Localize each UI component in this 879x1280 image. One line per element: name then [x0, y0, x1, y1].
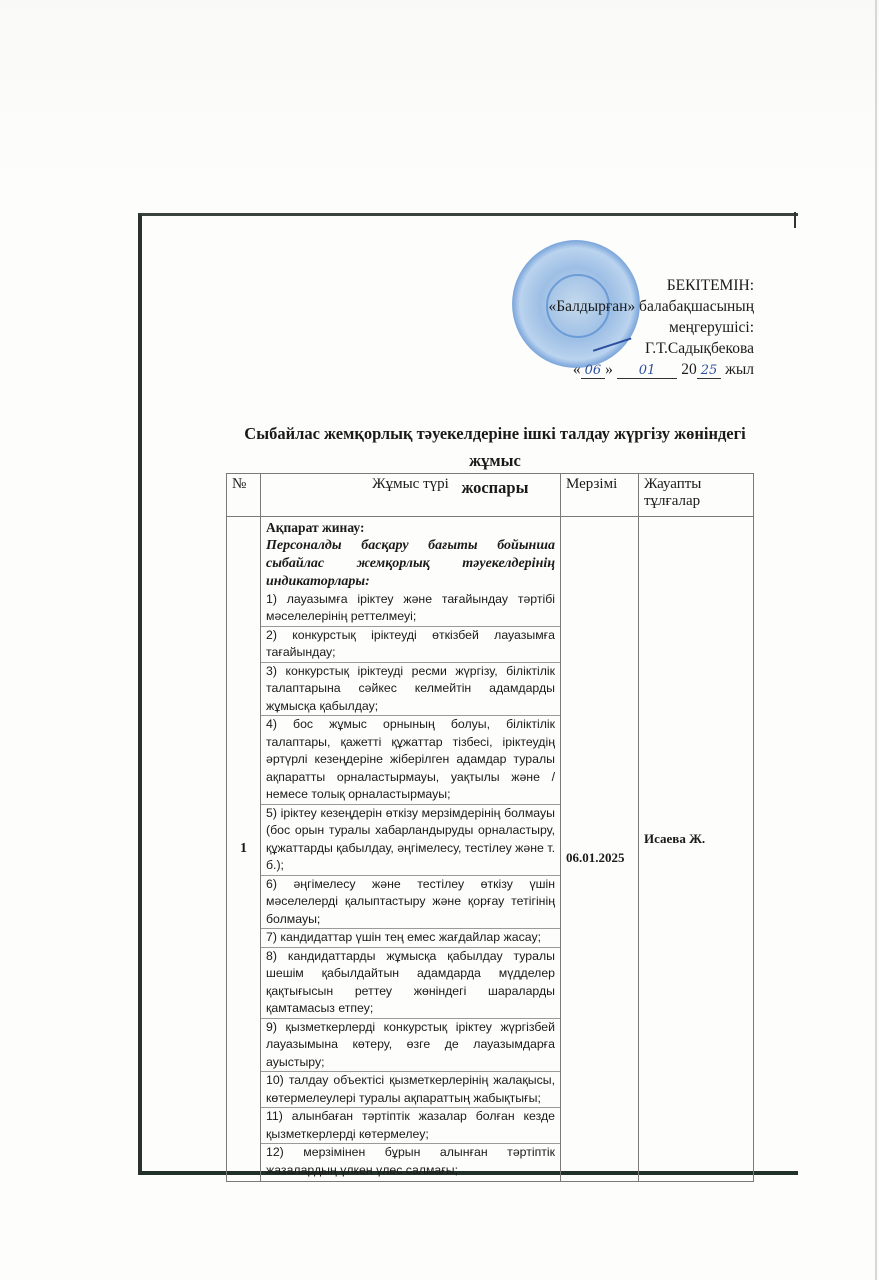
- frame-corner-mark: [794, 212, 796, 228]
- approval-date-year-suffix: 25: [697, 363, 722, 379]
- indicator-item: 10) талдау объектісі қызметкерлерінің жа…: [261, 1071, 560, 1107]
- row-number: 1: [227, 517, 261, 1182]
- work-heading: Ақпарат жинау:: [266, 519, 555, 537]
- work-subheading: Персоналды басқару бағыты бойынша сыбайл…: [266, 537, 555, 591]
- work-plan-table: № Жұмыс түрі Мерзімі Жауапты тұлғалар 1А…: [226, 473, 754, 1182]
- indicator-item: 3) конкурстық іріктеуді ресми жүргізу, б…: [261, 662, 560, 716]
- header-number: №: [227, 474, 261, 517]
- page-background: [0, 0, 879, 190]
- indicator-item: 9) қызметкерлерді конкурстық іріктеу жүр…: [261, 1018, 560, 1072]
- approval-date-month: 01: [617, 363, 678, 379]
- approval-organization: «Балдырған» балабақшасының: [548, 296, 754, 317]
- table-header-row: № Жұмыс түрі Мерзімі Жауапты тұлғалар: [227, 474, 754, 517]
- row-responsible: Исаева Ж.: [639, 517, 754, 1182]
- approval-position: меңгерушісі:: [548, 317, 754, 338]
- table-row: 1Ақпарат жинау:Персоналды басқару бағыты…: [227, 517, 754, 1182]
- indicator-item: 4) бос жұмыс орнының болуы, біліктілік т…: [261, 715, 560, 804]
- header-work-type: Жұмыс түрі: [261, 474, 561, 517]
- indicator-item: 8) кандидаттарды жұмысқа қабылдау туралы…: [261, 947, 560, 1018]
- document-title-line-1: Сыбайлас жемқорлық тәуекелдеріне ішкі та…: [230, 420, 760, 474]
- indicator-item: 11) алынбаған тәртіптік жазалар болған к…: [261, 1107, 560, 1143]
- indicator-item: 12) мерзімінен бұрын алынған тәртіптік ж…: [261, 1143, 560, 1179]
- indicator-item: 5) іріктеу кезеңдерін өткізу мерзімдерін…: [261, 804, 560, 875]
- paper-edge: [875, 0, 877, 1280]
- indicator-item: 2) конкурстық іріктеуді өткізбей лауазым…: [261, 626, 560, 662]
- indicator-item: 6) әңгімелесу және тестілеу өткізу үшін …: [261, 875, 560, 929]
- indicator-item: 1) лауазымға іріктеу және тағайындау тәр…: [261, 591, 560, 626]
- header-responsible: Жауапты тұлғалар: [639, 474, 754, 517]
- approval-heading: БЕКІТЕМІН:: [548, 275, 754, 296]
- row-work-description: Ақпарат жинау:Персоналды басқару бағыты …: [261, 517, 561, 1182]
- header-deadline: Мерзімі: [561, 474, 639, 517]
- approval-block: БЕКІТЕМІН: «Балдырған» балабақшасының ме…: [548, 275, 754, 381]
- approval-date-year-prefix: 20: [681, 361, 697, 378]
- row-deadline: 06.01.2025: [561, 517, 639, 1182]
- approval-date: «06» 01 2025 жыл: [548, 359, 754, 381]
- approval-date-day: 06: [581, 363, 606, 379]
- approval-date-unit: жыл: [725, 361, 754, 378]
- approval-name: Г.Т.Садықбекова: [548, 338, 754, 359]
- indicator-item: 7) кандидаттар үшін тең емес жағдайлар ж…: [261, 928, 560, 947]
